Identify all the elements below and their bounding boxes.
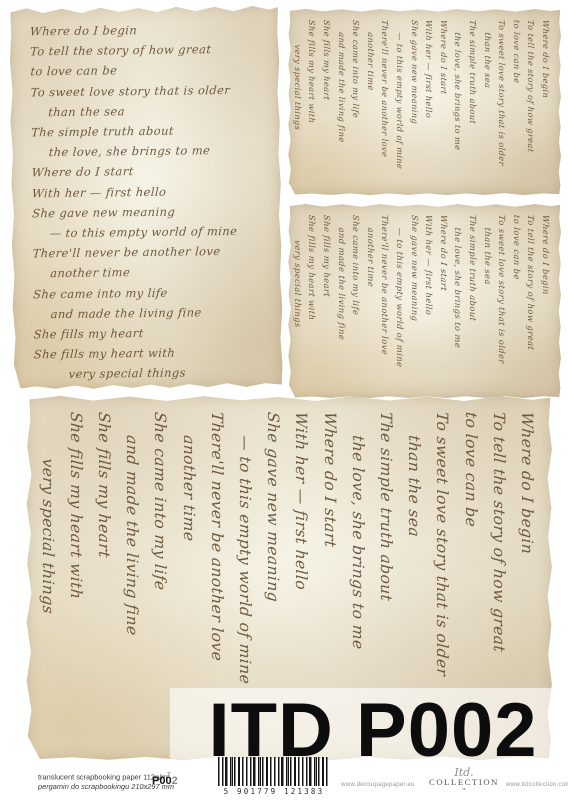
product-scan-page: Where do I beginTo tell the story of how… [0,0,568,804]
barcode-bars-icon [218,757,330,786]
url-decoupagepaper: www.decoupagepaper.eu [341,781,415,788]
letter-line: She fills my heart with [305,214,320,395]
letter-line: She fills my heart [320,19,335,192]
letter-line: Where do I begin [538,214,553,395]
letter-line: To sweet love story that is older [30,79,275,102]
rotated-letter-wrapper: Where do I beginTo tell the story of how… [287,8,562,196]
letter-line: She gave new meaning [407,19,422,192]
letter-line: very special things [290,214,305,395]
letter-line: and made the living fine [334,19,349,192]
letter-line: Where do I begin [538,19,553,192]
ornament-icon: ❧ [424,787,504,793]
barcode-digits: 5 901779 121383 [218,787,330,796]
letter-content: Where do I beginTo tell the story of how… [287,8,562,196]
letter-line: She fills my heart [90,411,118,759]
letter-line: very special things [290,19,305,192]
letter-line: She came into my life [349,19,364,192]
letter-line: She came into my life [33,281,278,304]
letter-line: to love can be [509,19,524,192]
letter-sheet-top-right-1: Where do I beginTo tell the story of how… [287,8,562,196]
letter-line: There'll never be another love [378,19,393,192]
letter-line: The simple truth about [465,214,480,395]
brand-logo: Itd. COLLECTION ❧ [424,768,504,793]
letter-line: — to this empty world of mine [392,214,407,395]
url-itdcollection: www.itdcollection.com [506,781,568,788]
letter-line: and made the living fine [118,411,146,759]
letter-line: and made the living fine [334,214,349,395]
letter-line: another time [32,261,277,284]
letter-line: To tell the story of how great [524,214,539,395]
letter-line: than the sea [480,19,495,192]
letter-sheet-top-left: Where do I beginTo tell the story of how… [8,3,285,391]
letter-line: very special things [33,411,61,759]
rotated-letter-wrapper: Where do I beginTo tell the story of how… [287,203,562,399]
letter-line: to love can be [509,214,524,395]
letter-content: Where do I beginTo tell the story of how… [287,203,562,399]
letter-line: She fills my heart with [305,19,320,192]
letter-line: — to this empty world of mine [392,19,407,192]
letter-line: to love can be [30,59,275,82]
letter-line: To sweet love story that is older [495,19,510,192]
letter-line: There'll never be another love [378,214,393,395]
letter-line: another time [363,214,378,395]
letter-line: With her — first hello [422,214,437,395]
product-code-small: P002 [152,775,178,787]
letter-line: than the sea [480,214,495,395]
letter-line: the love, she brings to me [451,214,466,395]
product-code-small-bold: P00 [152,775,172,787]
letter-line: Where do I start [436,19,451,192]
letter-line: To tell the story of how great [524,19,539,192]
letter-line: With her — first hello [31,180,276,203]
letter-line: another time [363,19,378,192]
letter-line: She gave new meaning [407,214,422,395]
letter-content: Where do I beginTo tell the story of how… [8,3,285,391]
letter-line: She fills my heart with [62,411,90,759]
letter-line: With her — first hello [422,19,437,192]
letter-line: the love, she brings to me [451,19,466,192]
letter-line: She came into my life [349,214,364,395]
letter-line: The simple truth about [465,19,480,192]
letter-line: Where do I start [31,160,276,183]
letter-line: To sweet love story that is older [495,214,510,395]
letter-line: very special things [34,362,279,385]
spec-text-en-body: translucent scrapbooking paper 112g/m [38,772,167,781]
product-code-small-light: 2 [172,775,178,787]
letter-sheet-top-right-2: Where do I beginTo tell the story of how… [287,203,562,399]
brand-name: COLLECTION [424,778,504,787]
letter-line: Where do I start [436,214,451,395]
barcode: 5 901779 121383 [218,757,330,796]
letter-line: She fills my heart [320,214,335,395]
